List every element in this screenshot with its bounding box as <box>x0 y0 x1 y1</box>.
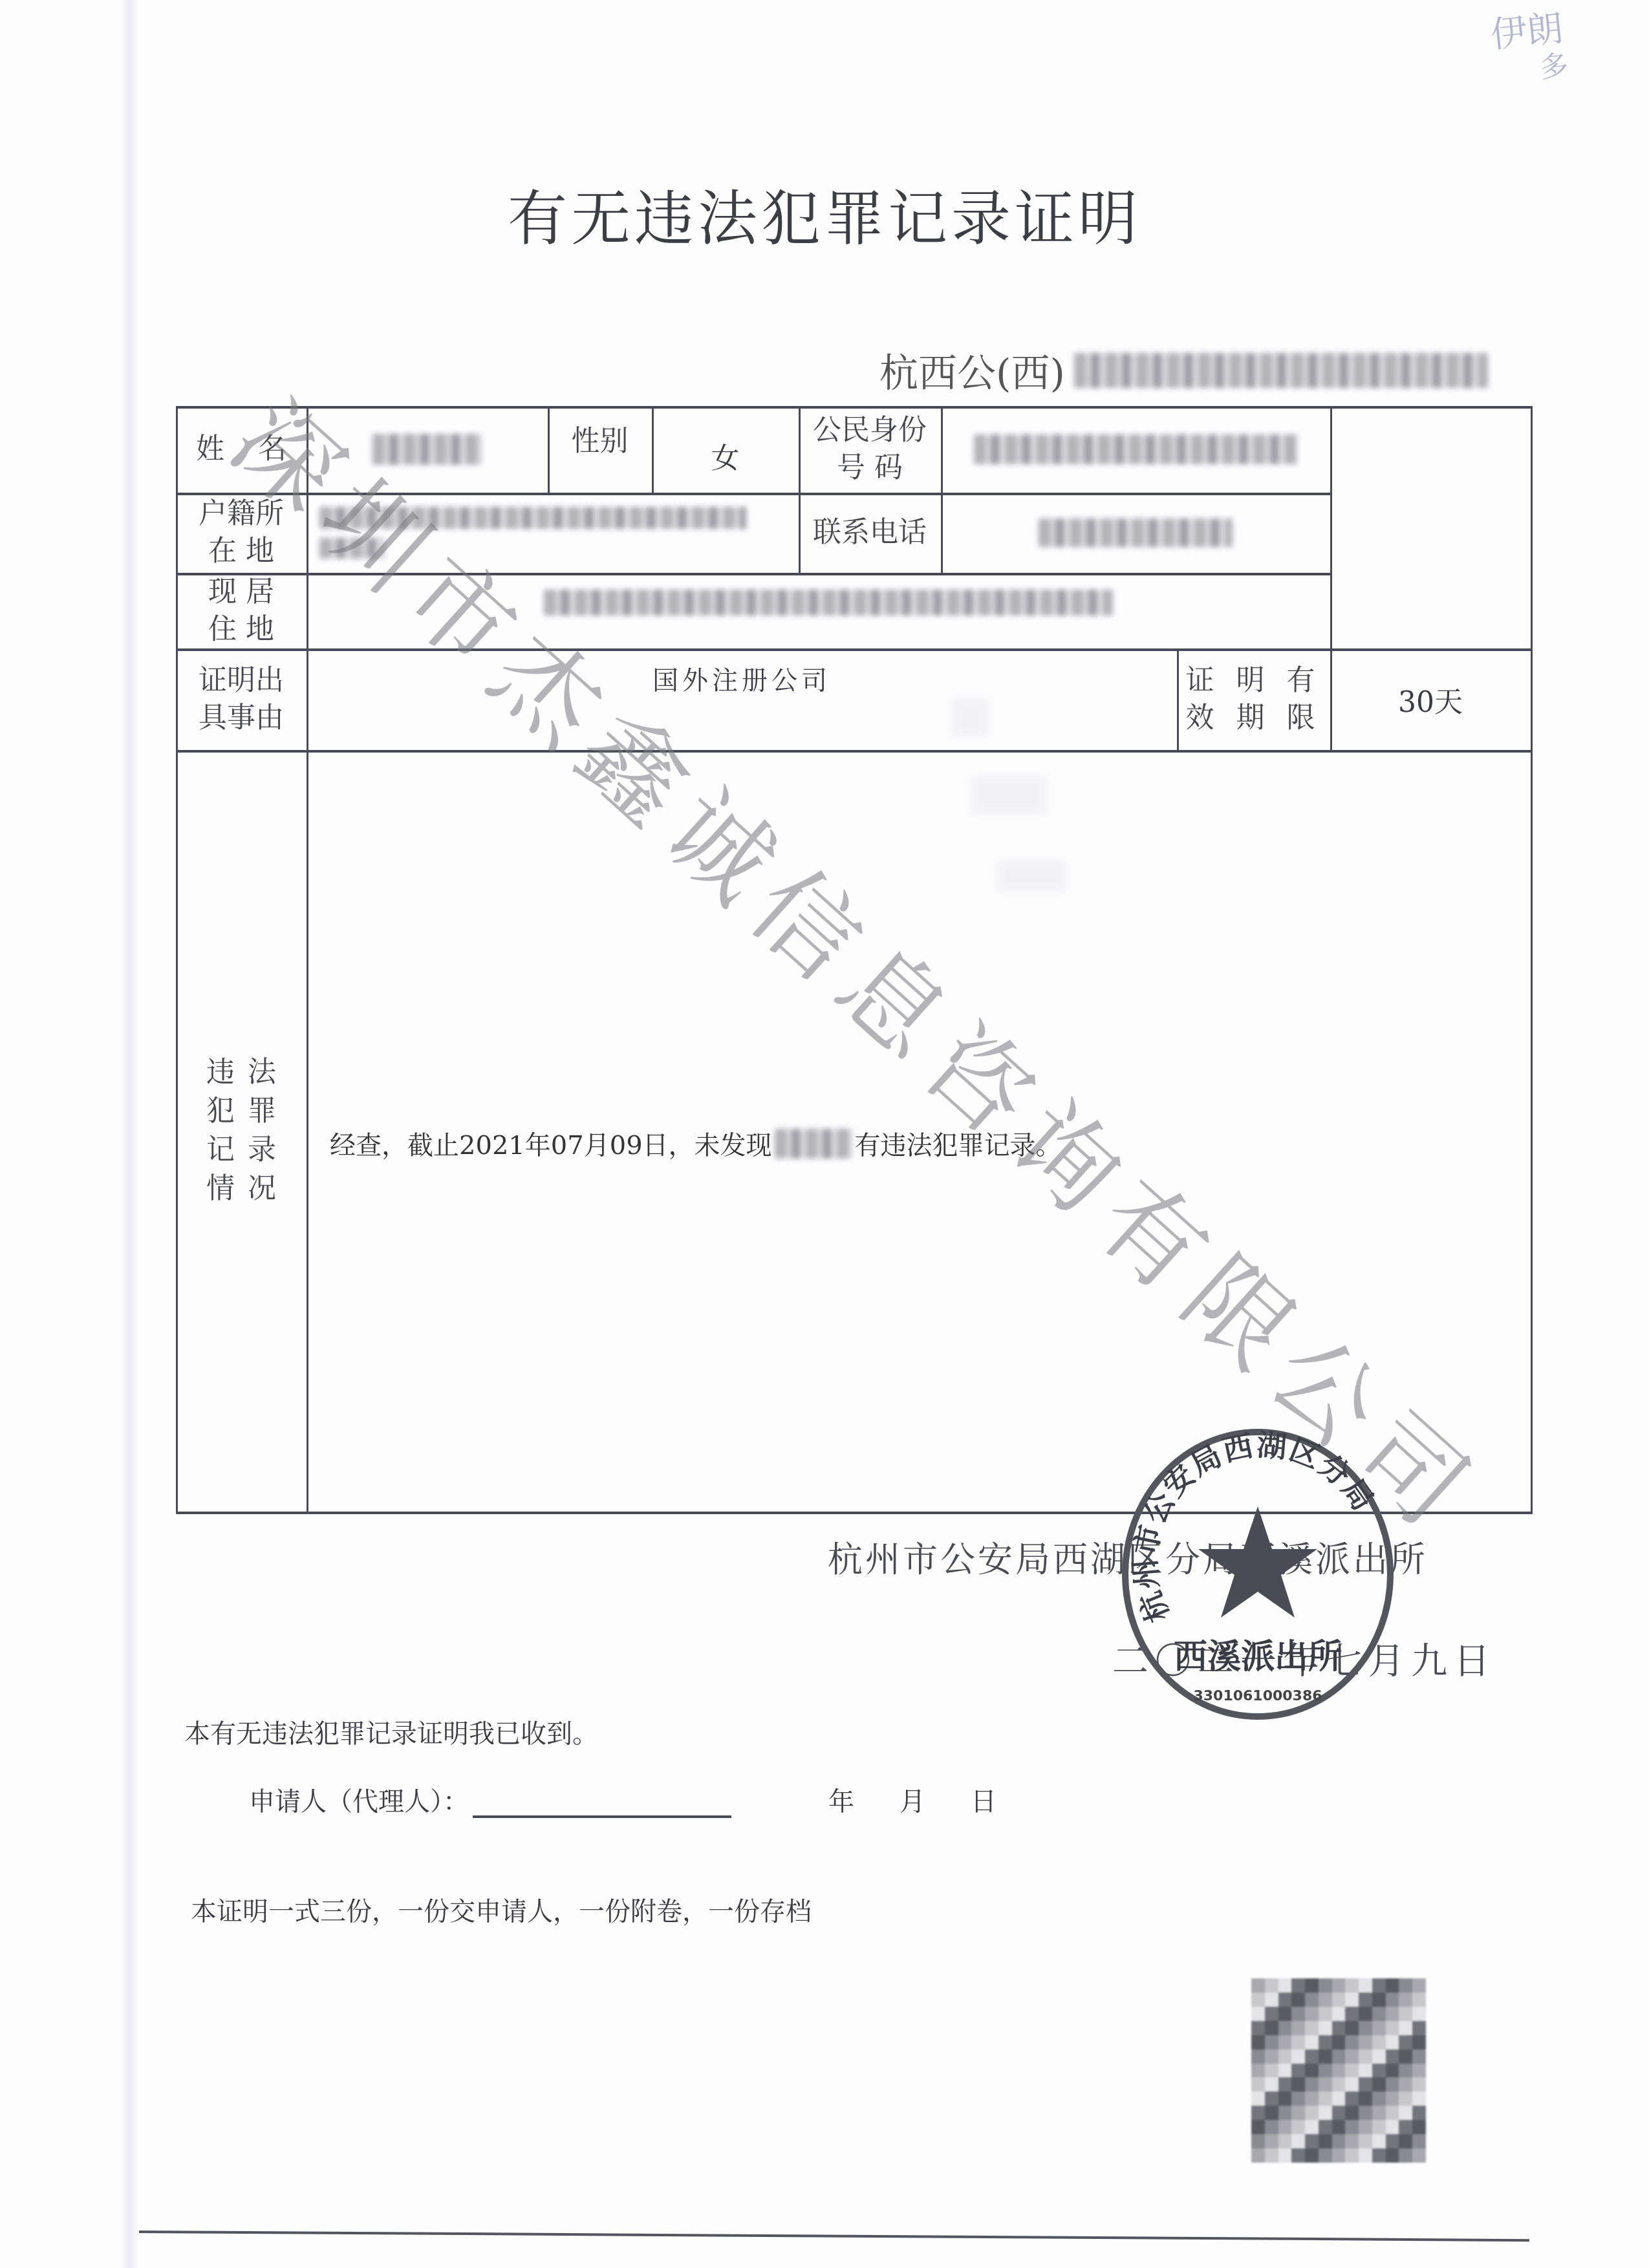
record-label-char: 罪 <box>248 1093 276 1130</box>
official-seal-stamp: 杭州市公安局西湖区分局 西溪派出所 3301061000386 <box>1109 1422 1406 1726</box>
household-label-line: 在 地 <box>208 533 274 570</box>
name-redacted <box>372 434 482 465</box>
purpose-label-line: 具事由 <box>199 700 284 737</box>
current-address-value <box>307 573 1330 648</box>
record-label-char: 情 <box>206 1170 235 1208</box>
record-label-char: 犯 <box>206 1093 235 1130</box>
current-address-redacted <box>544 590 1113 615</box>
document-title: 有无违法犯罪记录证明 <box>0 171 1649 257</box>
id-number-label-line: 公民身份 <box>813 412 927 449</box>
year-label: 年 <box>828 1781 854 1818</box>
phone-redacted <box>1039 519 1233 547</box>
record-table: 姓名 性别 女 公民身份 号 码 户籍所 在 地 联系电话 现 居 住 地 证明… <box>176 406 1533 1513</box>
record-finding: 经查，截止2021年07月09日，未发现 有违法犯罪记录。 <box>330 1125 1062 1162</box>
document-number-redacted <box>1074 353 1488 388</box>
household-value <box>307 493 799 573</box>
current-address-label-line: 住 地 <box>208 611 274 648</box>
phone-label: 联系电话 <box>799 493 941 573</box>
name-value <box>307 406 548 493</box>
current-address-label-line: 现 居 <box>208 573 274 611</box>
record-label-char: 况 <box>248 1170 276 1208</box>
page-bottom-rule <box>139 2231 1529 2241</box>
household-redacted <box>319 507 746 529</box>
household-redacted <box>319 538 384 559</box>
record-label-char: 违 <box>206 1054 235 1091</box>
validity-label-line: 效 期 限 <box>1186 700 1322 737</box>
record-label: 违 法 犯 罪 记 录 情 况 <box>176 750 307 1512</box>
applicant-signature-row: 申请人（代理人）： 年 月 日 <box>249 1781 997 1818</box>
purpose-label-line: 证明出 <box>199 662 284 700</box>
photo-area <box>1330 406 1531 648</box>
document-number-prefix: 杭西公(西) <box>879 343 1065 398</box>
record-label-char: 法 <box>248 1054 276 1091</box>
table-rule <box>176 750 1533 753</box>
name-label: 姓名 <box>176 406 307 493</box>
document-number: 杭西公(西) <box>879 343 1488 398</box>
handwritten-note: 伊朗 多 <box>1489 6 1602 114</box>
id-number-label: 公民身份 号 码 <box>799 406 941 493</box>
phone-value <box>941 493 1330 573</box>
purpose-value: 国外注册公司 <box>307 648 1177 750</box>
validity-label: 证 明 有 效 期 限 <box>1177 648 1330 750</box>
record-label-char: 录 <box>248 1131 276 1169</box>
applicant-signature-line[interactable] <box>473 1790 731 1818</box>
id-number-redacted <box>974 434 1297 464</box>
name-label-char: 姓 <box>196 431 224 468</box>
id-number-label-line: 号 码 <box>837 449 903 487</box>
record-label-char: 记 <box>206 1131 235 1169</box>
receipt-statement: 本有无违法犯罪记录证明我已收到。 <box>184 1713 598 1750</box>
gender-label: 性别 <box>548 406 652 493</box>
seal-code: 3301061000386 <box>1194 1688 1322 1704</box>
table-border <box>1531 406 1533 1513</box>
record-finding-text: 有违法犯罪记录。 <box>855 1125 1062 1162</box>
household-label: 户籍所 在 地 <box>176 493 307 573</box>
qr-code-redacted <box>1251 1978 1426 2163</box>
star-icon <box>1198 1506 1317 1618</box>
day-label: 日 <box>971 1781 997 1818</box>
record-name-redacted <box>775 1129 852 1159</box>
purpose-label: 证明出 具事由 <box>176 648 307 750</box>
name-label-char: 名 <box>258 431 286 468</box>
applicant-label: 申请人（代理人）： <box>249 1781 469 1818</box>
household-label-line: 户籍所 <box>199 495 284 533</box>
record-finding-text: 经查，截止2021年07月09日，未发现 <box>330 1125 772 1162</box>
validity-value: 30天 <box>1330 648 1531 750</box>
month-label: 月 <box>900 1781 925 1818</box>
gender-value: 女 <box>652 406 799 493</box>
copies-note: 本证明一式三份，一份交申请人，一份附卷，一份存档 <box>191 1891 812 1928</box>
seal-inner-text: 西溪派出所 <box>1174 1638 1342 1676</box>
current-address-label: 现 居 住 地 <box>176 573 307 648</box>
id-number-value <box>941 406 1330 493</box>
validity-label-line: 证 明 有 <box>1186 662 1322 700</box>
scan-edge-shadow <box>120 0 139 2268</box>
